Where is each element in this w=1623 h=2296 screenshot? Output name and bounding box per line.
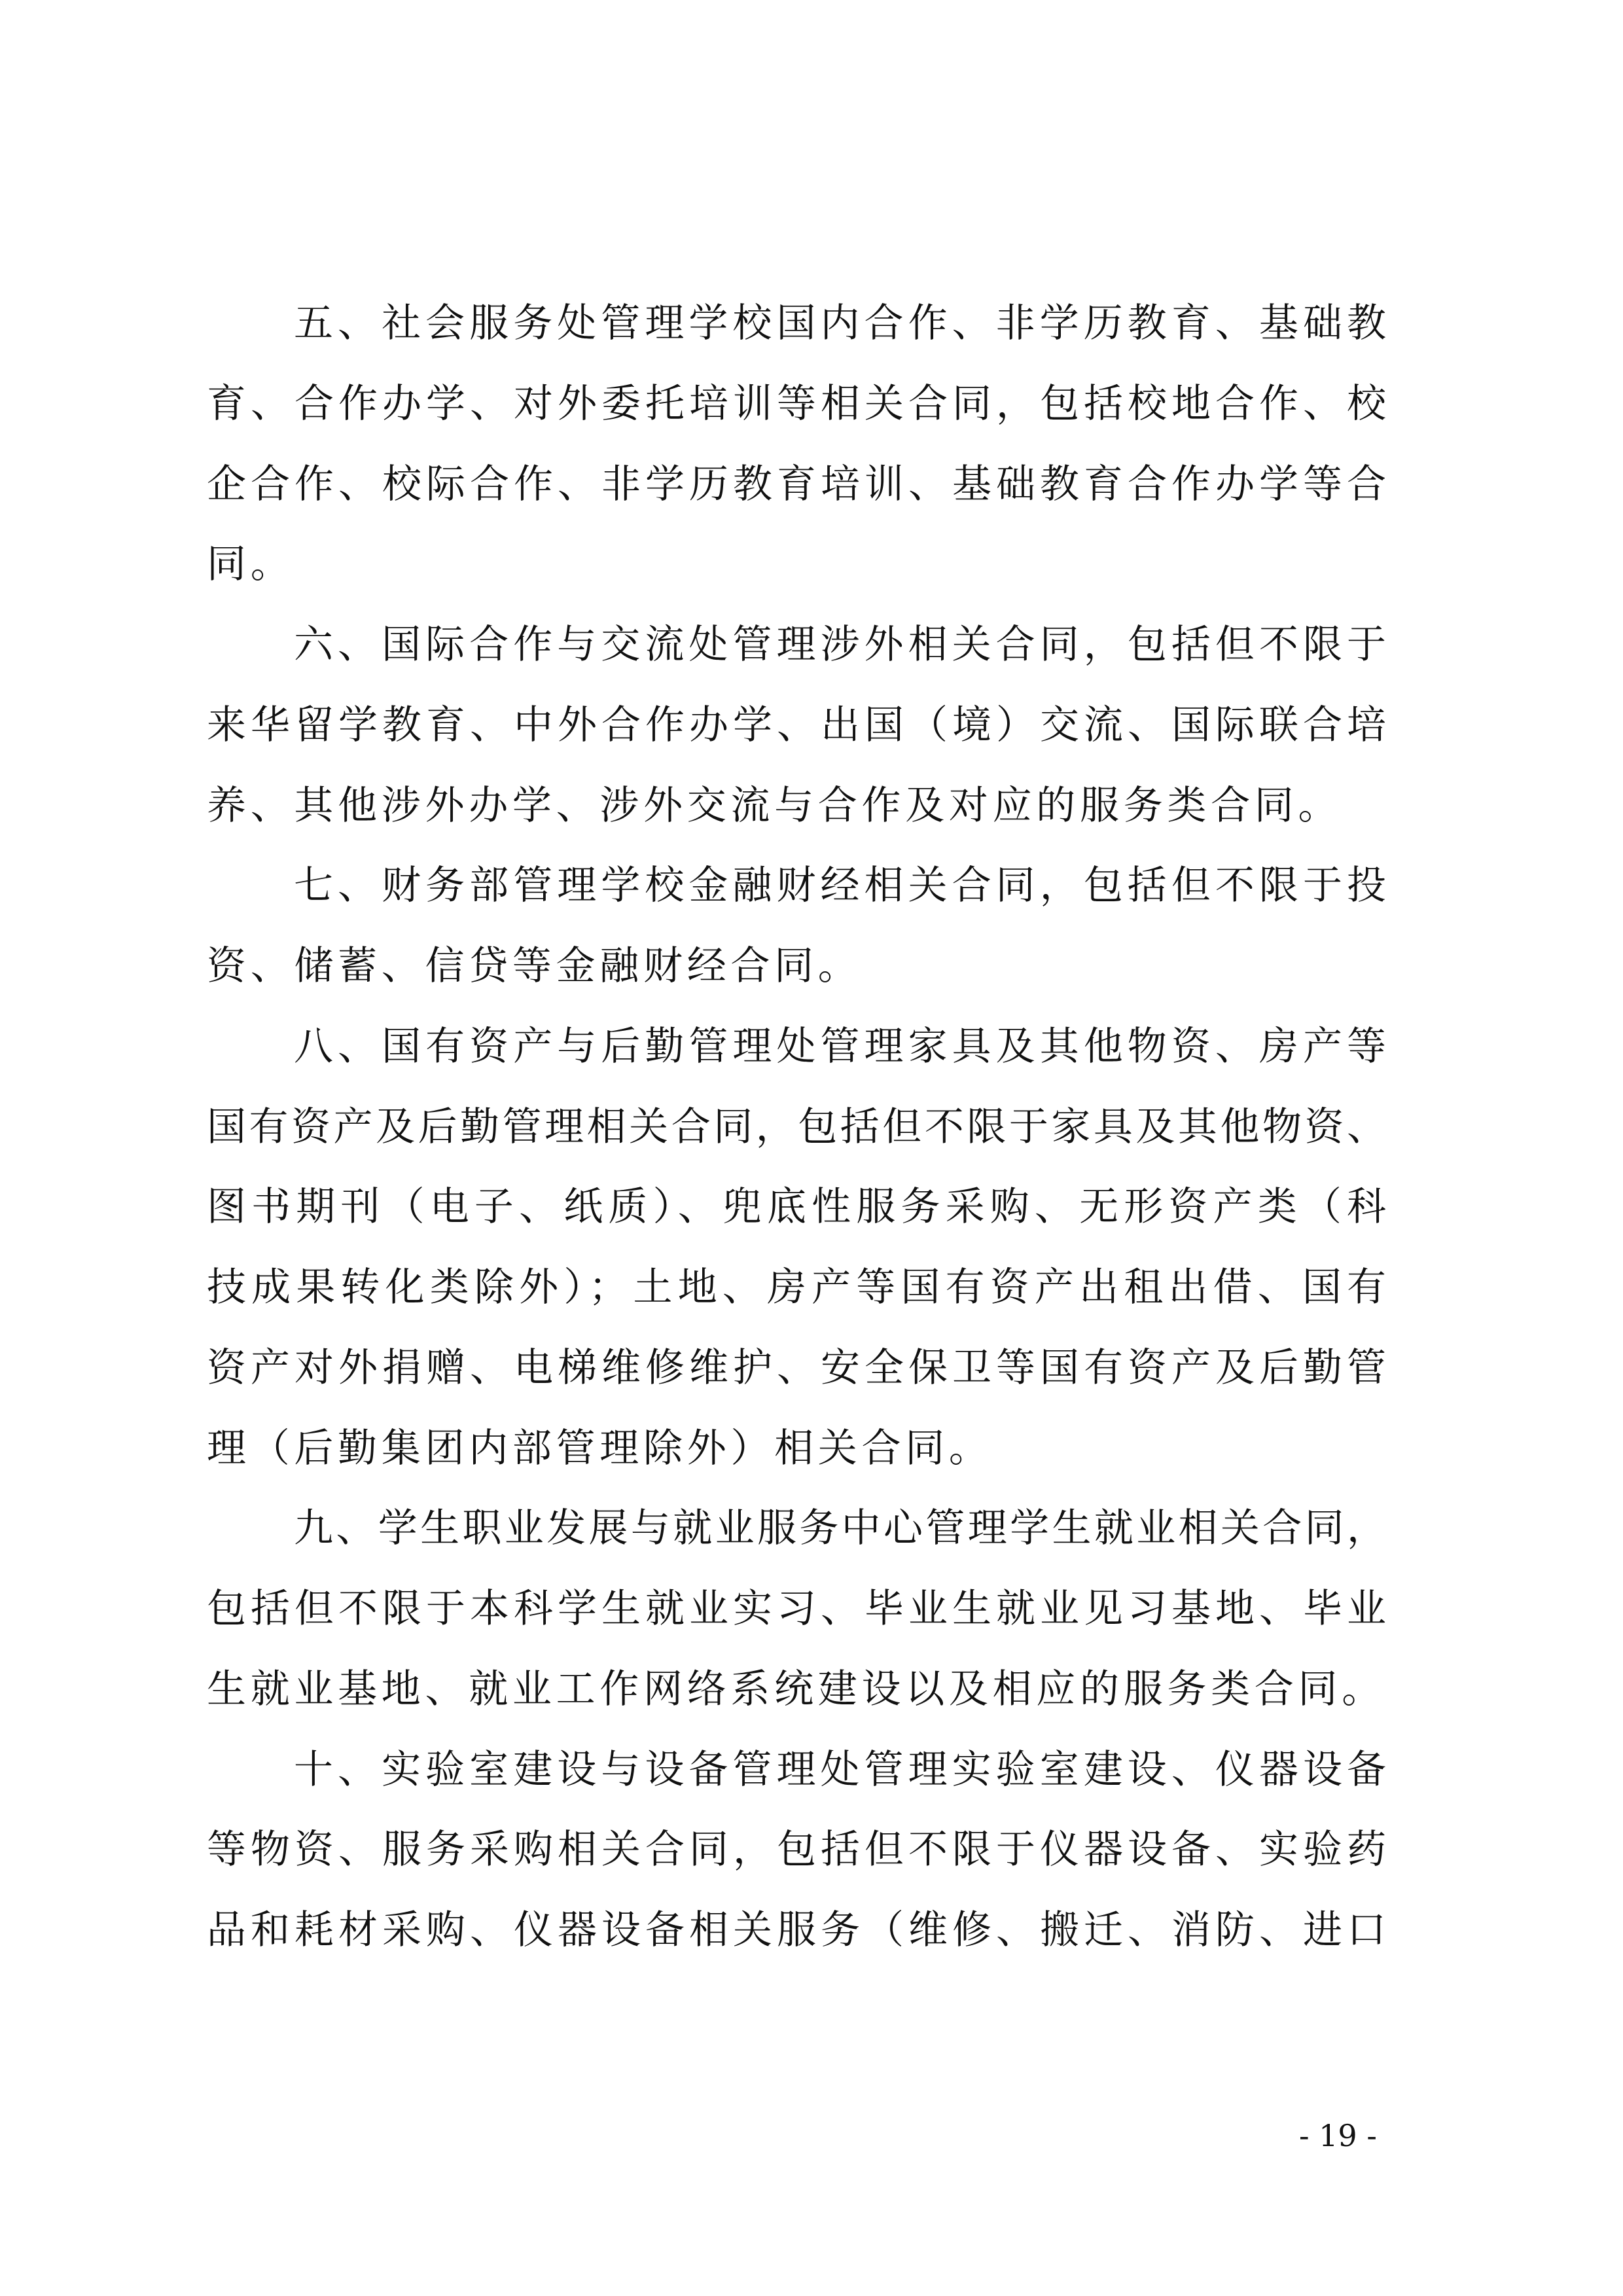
paragraph-line: 包括但不限于本科学生就业实习、毕业生就业见习基地、毕业 [207, 1569, 1386, 1649]
paragraph-line: 十、实验室建设与设备管理处管理实验室建设、仪器设备 [207, 1730, 1386, 1810]
paragraph-line: 国有资产及后勤管理相关合同，包括但不限于家具及其他物资、 [207, 1087, 1386, 1168]
document-page: 五、社会服务处管理学校国内合作、非学历教育、基础教 育、合作办学、对外委托培训等… [0, 0, 1623, 2296]
paragraph-line: 八、国有资产与后勤管理处管理家具及其他物资、房产等 [207, 1007, 1386, 1087]
paragraph-five: 五、社会服务处管理学校国内合作、非学历教育、基础教 育、合作办学、对外委托培训等… [207, 283, 1386, 605]
paragraph-line: 养、其他涉外办学、涉外交流与合作及对应的服务类合同。 [207, 766, 1386, 846]
paragraph-nine: 九、学生职业发展与就业服务中心管理学生就业相关合同， 包括但不限于本科学生就业实… [207, 1488, 1386, 1729]
paragraph-line: 等物资、服务采购相关合同，包括但不限于仪器设备、实验药 [207, 1810, 1386, 1890]
document-body: 五、社会服务处管理学校国内合作、非学历教育、基础教 育、合作办学、对外委托培训等… [207, 283, 1386, 1971]
paragraph-line: 技成果转化类除外）；土地、房产等国有资产出租出借、国有 [207, 1247, 1386, 1328]
paragraph-line: 九、学生职业发展与就业服务中心管理学生就业相关合同， [207, 1488, 1386, 1569]
paragraph-line: 六、国际合作与交流处管理涉外相关合同，包括但不限于 [207, 605, 1386, 685]
paragraph-line: 五、社会服务处管理学校国内合作、非学历教育、基础教 [207, 283, 1386, 364]
page-number: - 19 - [1299, 2118, 1377, 2153]
paragraph-line: 生就业基地、就业工作网络系统建设以及相应的服务类合同。 [207, 1649, 1386, 1730]
paragraph-eight: 八、国有资产与后勤管理处管理家具及其他物资、房产等 国有资产及后勤管理相关合同，… [207, 1007, 1386, 1489]
paragraph-line: 品和耗材采购、仪器设备相关服务（维修、搬迁、消防、进口 [207, 1890, 1386, 1971]
paragraph-line: 来华留学教育、中外合作办学、出国（境）交流、国际联合培 [207, 685, 1386, 766]
paragraph-line: 企合作、校际合作、非学历教育培训、基础教育合作办学等合 [207, 444, 1386, 525]
paragraph-line: 同。 [207, 524, 1386, 605]
paragraph-line: 图书期刊（电子、纸质）、兜底性服务采购、无形资产类（科 [207, 1167, 1386, 1247]
paragraph-line: 资、储蓄、信贷等金融财经合同。 [207, 926, 1386, 1007]
paragraph-ten: 十、实验室建设与设备管理处管理实验室建设、仪器设备 等物资、服务采购相关合同，包… [207, 1730, 1386, 1971]
paragraph-line: 理（后勤集团内部管理除外）相关合同。 [207, 1408, 1386, 1489]
paragraph-line: 七、财务部管理学校金融财经相关合同，包括但不限于投 [207, 846, 1386, 926]
paragraph-line: 资产对外捐赠、电梯维修维护、安全保卫等国有资产及后勤管 [207, 1328, 1386, 1408]
paragraph-line: 育、合作办学、对外委托培训等相关合同，包括校地合作、校 [207, 364, 1386, 444]
paragraph-seven: 七、财务部管理学校金融财经相关合同，包括但不限于投 资、储蓄、信贷等金融财经合同… [207, 846, 1386, 1007]
paragraph-six: 六、国际合作与交流处管理涉外相关合同，包括但不限于 来华留学教育、中外合作办学、… [207, 605, 1386, 846]
